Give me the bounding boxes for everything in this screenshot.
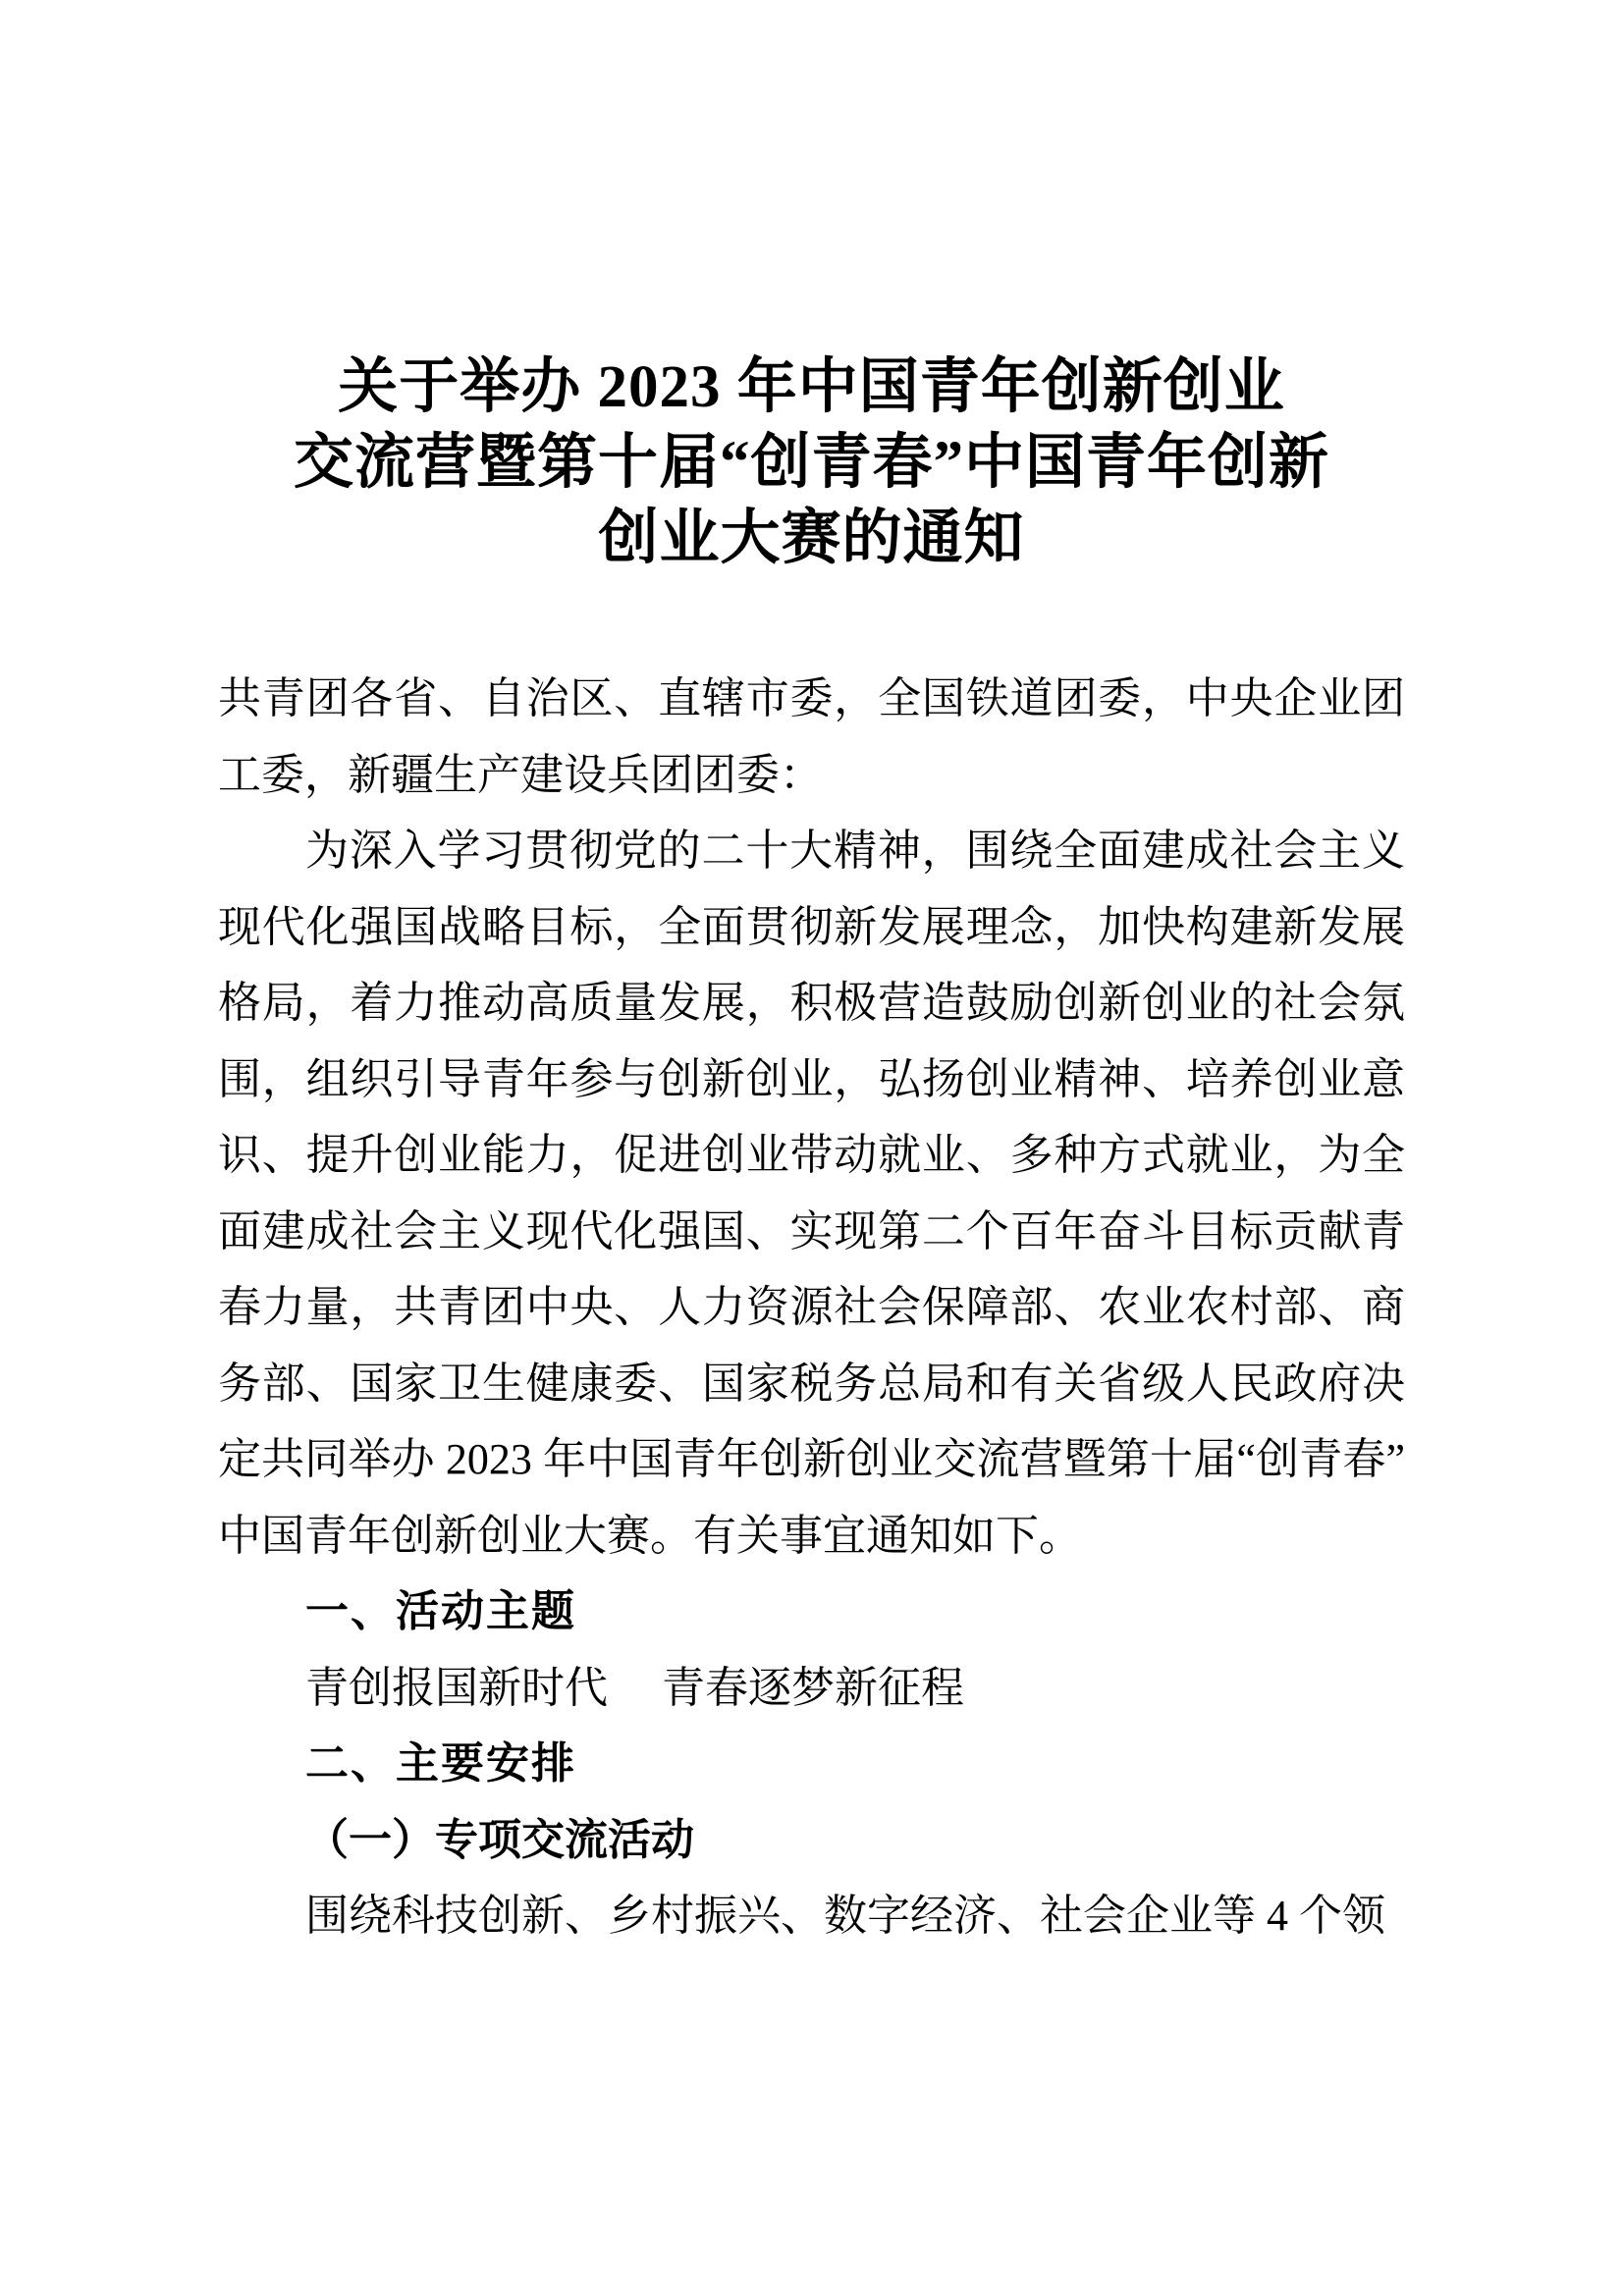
document-title-line-3: 创业大赛的通知 [177, 501, 1446, 576]
document-title: 关于举办 2023 年中国青年创新创业 交流营暨第十届“创青春”中国青年创新 创… [177, 0, 1446, 576]
document-title-line-1: 关于举办 2023 年中国青年创新创业 [177, 349, 1446, 425]
salutation-paragraph: 共青团各省、自治区、直辖市委，全国铁道团委，中央企业团工委，新疆生产建设兵团团委… [218, 661, 1405, 813]
subsection-1-heading: （一）专项交流活动 [218, 1802, 1405, 1879]
document-title-line-2: 交流营暨第十届“创青春”中国青年创新 [177, 425, 1446, 501]
document-page: 关于举办 2023 年中国青年创新创业 交流营暨第十届“创青春”中国青年创新 创… [0, 0, 1623, 2296]
subsection-1-content: 围绕科技创新、乡村振兴、数字经济、社会企业等 4 个领 [218, 1878, 1405, 1954]
section-1-content: 青创报国新时代 青春逐梦新征程 [218, 1650, 1405, 1727]
document-body: 共青团各省、自治区、直辖市委，全国铁道团委，中央企业团工委，新疆生产建设兵团团委… [218, 661, 1405, 1954]
section-1-heading: 一、活动主题 [218, 1574, 1405, 1650]
intro-paragraph: 为深入学习贯彻党的二十大精神，围绕全面建成社会主义现代化强国战略目标，全面贯彻新… [218, 813, 1405, 1574]
section-2-heading: 二、主要安排 [218, 1726, 1405, 1802]
